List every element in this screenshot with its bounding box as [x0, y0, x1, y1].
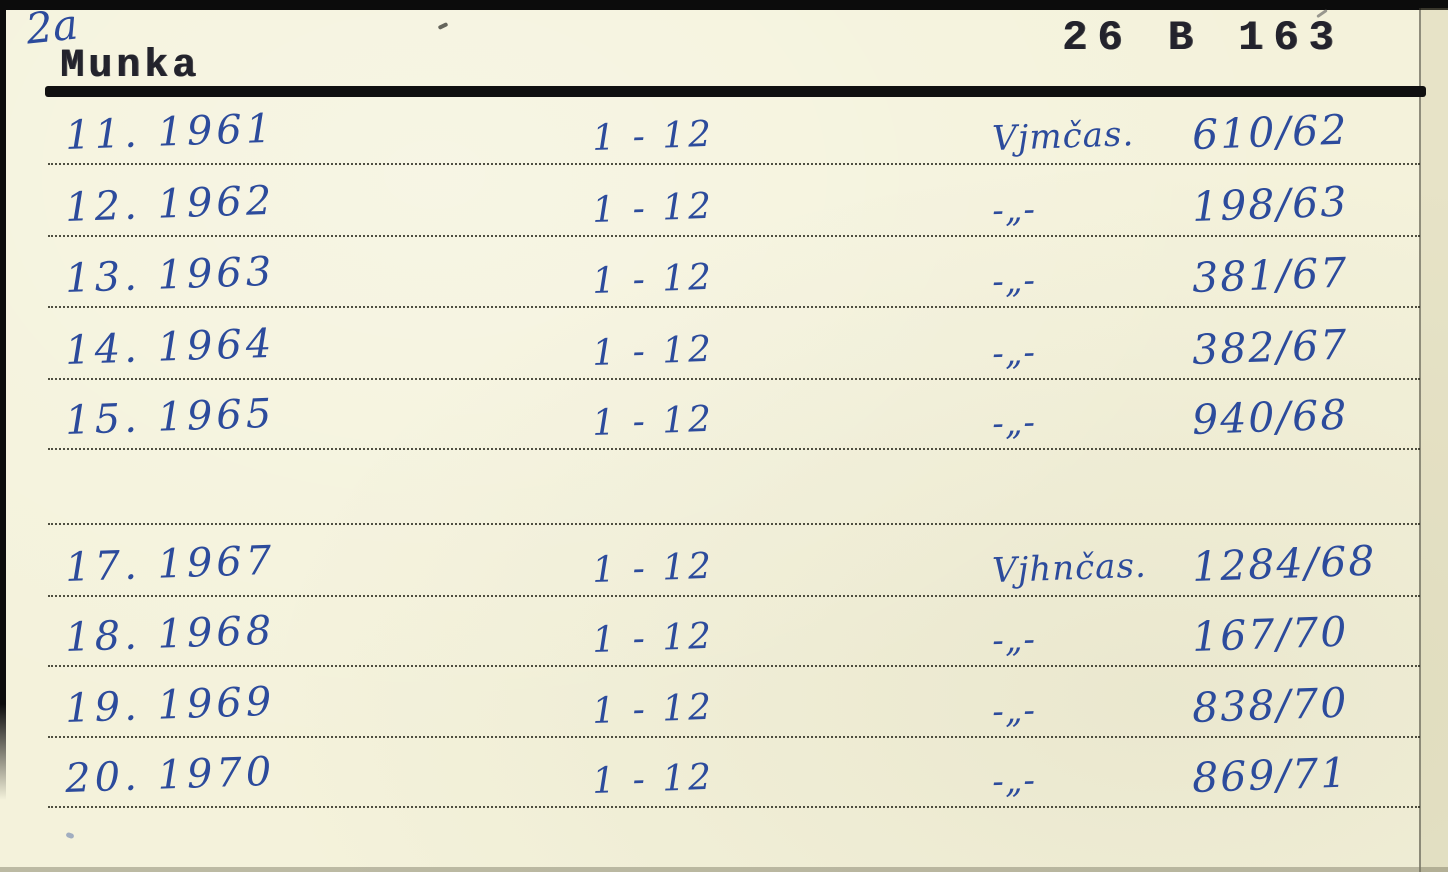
ditto-mark-cell: -„-	[992, 261, 1037, 302]
issues-cell: 1 - 12	[592, 546, 715, 591]
issues-cell: 1 - 12	[592, 616, 715, 661]
issues-cell: 1 - 12	[592, 329, 715, 374]
call-number: 26 B 163	[1062, 14, 1344, 62]
ref-label-cell: Vjhnčas.	[992, 546, 1148, 591]
scan-speck	[438, 22, 449, 30]
volume-year-cell: 14. 1964	[64, 321, 276, 374]
volume-year-cell: 19. 1969	[64, 679, 276, 732]
volume-year-cell: 12. 1962	[64, 178, 276, 231]
scan-edge-right-shade	[1421, 8, 1448, 872]
table-row: 12. 1962 1 - 12 -„- 198/63	[48, 165, 1420, 237]
issues-cell: 1 - 12	[592, 687, 715, 732]
ditto-mark-cell: -„-	[992, 691, 1037, 732]
ref-number-cell: 167/70	[1191, 608, 1349, 661]
issues-cell: 1 - 12	[592, 257, 715, 302]
ref-label-cell: Vjmčas.	[992, 114, 1135, 159]
ref-number-cell: 838/70	[1191, 679, 1349, 732]
table-row: 13. 1963 1 - 12 -„- 381/67	[48, 237, 1420, 308]
volume-year-cell: 13. 1963	[64, 249, 276, 302]
ref-number-cell: 610/62	[1191, 106, 1349, 159]
table-row: 17. 1967 1 - 12 Vjhnčas. 1284/68	[48, 525, 1420, 597]
ditto-mark-cell: -„-	[992, 333, 1037, 374]
volume-year-cell: 18. 1968	[64, 608, 276, 661]
volume-year-cell: 11. 1961	[64, 106, 276, 159]
scan-edge-left	[0, 0, 6, 800]
volume-year-cell: 20. 1970	[64, 749, 276, 802]
ditto-mark-cell: -„-	[992, 620, 1037, 661]
issues-cell: 1 - 12	[592, 114, 715, 159]
ink-smudge	[65, 832, 74, 839]
volume-year-cell: 15. 1965	[64, 391, 276, 444]
volume-year-cell: 17. 1967	[64, 538, 276, 591]
ref-number-cell: 381/67	[1191, 249, 1349, 302]
scan-edge-bottom	[0, 867, 1448, 872]
table-row: 11. 1961 1 - 12 Vjmčas. 610/62	[48, 94, 1420, 165]
card-title: Munka	[60, 44, 200, 89]
table-row: 15. 1965 1 - 12 -„- 940/68	[48, 380, 1420, 450]
table-row-empty	[48, 450, 1420, 525]
ditto-mark-cell: -„-	[992, 190, 1037, 231]
scan-edge-top	[0, 0, 1448, 10]
table-row: 20. 1970 1 - 12 -„- 869/71	[48, 738, 1420, 808]
ref-number-cell: 198/63	[1191, 178, 1349, 231]
ditto-mark-cell: -„-	[992, 403, 1037, 444]
ref-number-cell: 869/71	[1191, 749, 1349, 802]
table-row: 19. 1969 1 - 12 -„- 838/70	[48, 667, 1420, 738]
catalog-card: 2a Munka 26 B 163 11. 1961 1 - 12 Vjmčas…	[0, 0, 1448, 872]
ref-number-cell: 940/68	[1191, 391, 1349, 444]
table-row: 18. 1968 1 - 12 -„- 167/70	[48, 597, 1420, 667]
ref-number-cell: 382/67	[1191, 321, 1349, 374]
issues-cell: 1 - 12	[592, 757, 715, 802]
ref-number-cell: 1284/68	[1191, 537, 1377, 591]
table-row: 14. 1964 1 - 12 -„- 382/67	[48, 308, 1420, 380]
ditto-mark-cell: -„-	[992, 761, 1037, 802]
issues-cell: 1 - 12	[592, 186, 715, 231]
issues-cell: 1 - 12	[592, 399, 715, 444]
